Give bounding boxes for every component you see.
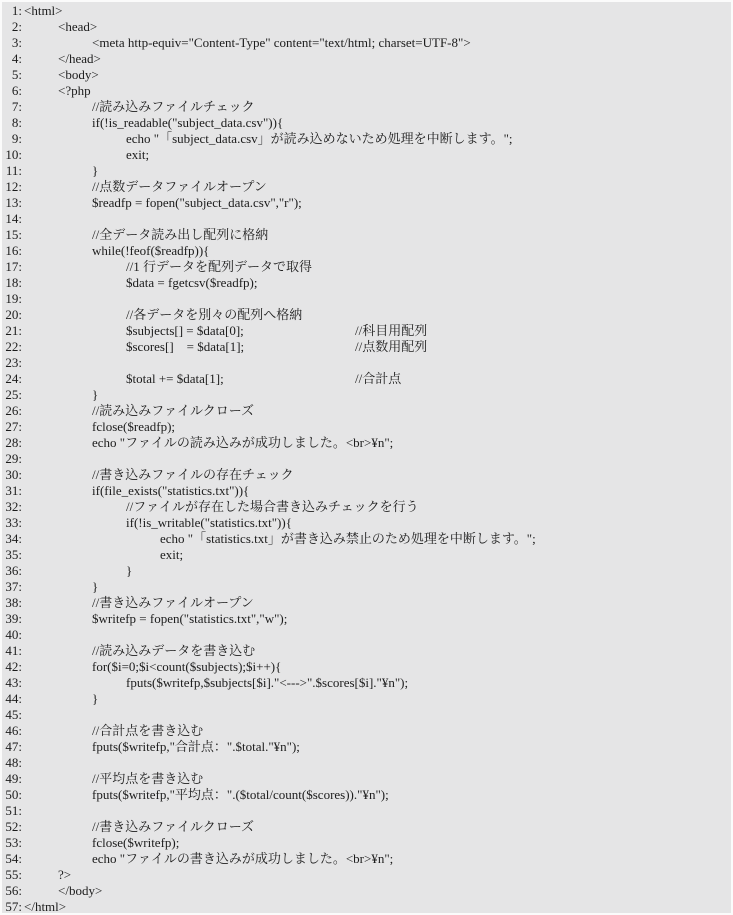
code-line: 2:<head>: [2, 19, 731, 35]
code-line: 28:echo "ファイルの読み込みが成功しました。<br>¥n";: [2, 435, 731, 451]
code-text: <?php: [22, 83, 91, 98]
line-number: 4:: [2, 51, 22, 67]
code-text: //読み込みデータを書き込む: [22, 643, 255, 658]
code-line: 48:: [2, 755, 731, 771]
code-line: 14:: [2, 211, 731, 227]
line-number: 27:: [2, 419, 22, 435]
code-text: //読み込みファイルクローズ: [22, 403, 254, 418]
line-number: 41:: [2, 643, 22, 659]
code-line: 53:fclose($writefp);: [2, 835, 731, 851]
code-text: ?>: [22, 867, 71, 882]
line-number: 32:: [2, 499, 22, 515]
code-line: 6:<?php: [2, 83, 731, 99]
line-number: 36:: [2, 563, 22, 579]
code-line: 25:}: [2, 387, 731, 403]
code-text: [22, 451, 24, 466]
code-text: //全データ読み出し配列に格納: [22, 227, 268, 242]
line-number: 55:: [2, 867, 22, 883]
code-line: 12://点数データファイルオープン: [2, 179, 731, 195]
code-text: fclose($writefp);: [22, 835, 179, 850]
code-line: 42:for($i=0;$i<count($subjects);$i++){: [2, 659, 731, 675]
line-number: 34:: [2, 531, 22, 547]
code-text: fputs($writefp,$subjects[$i]."<--->".$sc…: [22, 675, 408, 690]
line-number: 53:: [2, 835, 22, 851]
code-line: 57:</html>: [2, 899, 731, 915]
code-text: <html>: [22, 3, 63, 18]
inline-comment: //合計点: [355, 371, 401, 387]
line-number: 49:: [2, 771, 22, 787]
code-text: //ファイルが存在した場合書き込みチェックを行う: [22, 499, 419, 514]
code-text: if(!is_writable("statistics.txt")){: [22, 515, 292, 530]
line-number: 25:: [2, 387, 22, 403]
line-number: 48:: [2, 755, 22, 771]
code-line: 44:}: [2, 691, 731, 707]
code-line: 55:?>: [2, 867, 731, 883]
code-text: $writefp = fopen("statistics.txt","w");: [22, 611, 287, 626]
code-line: 29:: [2, 451, 731, 467]
code-text: //合計点を書き込む: [22, 723, 203, 738]
line-number: 56:: [2, 883, 22, 899]
code-text: fputs($writefp,"合計点：".$total."¥n");: [22, 739, 300, 754]
inline-comment: //科目用配列: [355, 323, 427, 339]
line-number: 35:: [2, 547, 22, 563]
code-line: 9:echo "「subject_data.csv」が読み込めないため処理を中断…: [2, 131, 731, 147]
line-number: 17:: [2, 259, 22, 275]
code-text: [22, 707, 24, 722]
code-line: 17://1 行データを配列データで取得: [2, 259, 731, 275]
code-line: 3:<meta http-equiv="Content-Type" conten…: [2, 35, 731, 51]
code-line: 46://合計点を書き込む: [2, 723, 731, 739]
code-text: [22, 211, 24, 226]
code-text: if(file_exists("statistics.txt")){: [22, 483, 249, 498]
code-text: }: [22, 579, 98, 594]
line-number: 19:: [2, 291, 22, 307]
code-listing: 1:<html>2:<head>3:<meta http-equiv="Cont…: [2, 3, 731, 915]
code-text: </head>: [22, 51, 101, 66]
code-line: 52://書き込みファイルクローズ: [2, 819, 731, 835]
code-text: //書き込みファイルオープン: [22, 595, 254, 610]
line-number: 42:: [2, 659, 22, 675]
code-text: //各データを別々の配列へ格納: [22, 307, 302, 322]
code-line: 31:if(file_exists("statistics.txt")){: [2, 483, 731, 499]
code-line: 20://各データを別々の配列へ格納: [2, 307, 731, 323]
line-number: 18:: [2, 275, 22, 291]
code-line: 22:$scores[] = $data[1];//点数用配列: [2, 339, 731, 355]
code-line: 26://読み込みファイルクローズ: [2, 403, 731, 419]
code-line: 47:fputs($writefp,"合計点：".$total."¥n");: [2, 739, 731, 755]
code-line: 13:$readfp = fopen("subject_data.csv","r…: [2, 195, 731, 211]
line-number: 50:: [2, 787, 22, 803]
code-line: 16:while(!feof($readfp)){: [2, 243, 731, 259]
code-line: 8:if(!is_readable("subject_data.csv")){: [2, 115, 731, 131]
line-number: 51:: [2, 803, 22, 819]
code-text: //点数データファイルオープン: [22, 179, 267, 194]
line-number: 2:: [2, 19, 22, 35]
code-text: echo "「statistics.txt」が書き込み禁止のため処理を中断します…: [22, 531, 536, 546]
code-line: 40:: [2, 627, 731, 643]
line-number: 38:: [2, 595, 22, 611]
code-line: 34:echo "「statistics.txt」が書き込み禁止のため処理を中断…: [2, 531, 731, 547]
line-number: 22:: [2, 339, 22, 355]
line-number: 23:: [2, 355, 22, 371]
line-number: 15:: [2, 227, 22, 243]
line-number: 13:: [2, 195, 22, 211]
code-text: if(!is_readable("subject_data.csv")){: [22, 115, 283, 130]
line-number: 37:: [2, 579, 22, 595]
code-line: 50:fputs($writefp,"平均点：".($total/count($…: [2, 787, 731, 803]
code-text: //書き込みファイルクローズ: [22, 819, 254, 834]
code-text: [22, 627, 24, 642]
code-line: 51:: [2, 803, 731, 819]
line-number: 44:: [2, 691, 22, 707]
code-text: while(!feof($readfp)){: [22, 243, 209, 258]
line-number: 43:: [2, 675, 22, 691]
code-line: 39:$writefp = fopen("statistics.txt","w"…: [2, 611, 731, 627]
code-text: $total += $data[1];: [22, 371, 224, 386]
line-number: 29:: [2, 451, 22, 467]
line-number: 11:: [2, 163, 22, 179]
code-line: 30://書き込みファイルの存在チェック: [2, 467, 731, 483]
code-line: 23:: [2, 355, 731, 371]
line-number: 14:: [2, 211, 22, 227]
code-line: 33:if(!is_writable("statistics.txt")){: [2, 515, 731, 531]
code-text: $scores[] = $data[1];: [22, 339, 244, 354]
code-text: exit;: [22, 147, 149, 162]
code-text: $data = fgetcsv($readfp);: [22, 275, 258, 290]
code-text: echo "「subject_data.csv」が読み込めないため処理を中断しま…: [22, 131, 513, 146]
line-number: 5:: [2, 67, 22, 83]
code-text: [22, 803, 24, 818]
line-number: 46:: [2, 723, 22, 739]
code-line: 5:<body>: [2, 67, 731, 83]
code-text: </body>: [22, 883, 102, 898]
code-line: 7://読み込みファイルチェック: [2, 99, 731, 115]
line-number: 31:: [2, 483, 22, 499]
code-line: 56:</body>: [2, 883, 731, 899]
code-text: //書き込みファイルの存在チェック: [22, 467, 294, 482]
code-text: <head>: [22, 19, 97, 34]
code-text: [22, 291, 24, 306]
line-number: 40:: [2, 627, 22, 643]
code-text: <meta http-equiv="Content-Type" content=…: [22, 35, 471, 50]
code-line: 36:}: [2, 563, 731, 579]
code-text: fclose($readfp);: [22, 419, 175, 434]
line-number: 47:: [2, 739, 22, 755]
code-line: 15://全データ読み出し配列に格納: [2, 227, 731, 243]
code-line: 4:</head>: [2, 51, 731, 67]
code-line: 37:}: [2, 579, 731, 595]
code-line: 27:fclose($readfp);: [2, 419, 731, 435]
code-line: 41://読み込みデータを書き込む: [2, 643, 731, 659]
code-text: $subjects[] = $data[0];: [22, 323, 244, 338]
code-text: for($i=0;$i<count($subjects);$i++){: [22, 659, 281, 674]
code-line: 45:: [2, 707, 731, 723]
line-number: 7:: [2, 99, 22, 115]
line-number: 30:: [2, 467, 22, 483]
line-number: 3:: [2, 35, 22, 51]
line-number: 33:: [2, 515, 22, 531]
code-line: 43:fputs($writefp,$subjects[$i]."<--->".…: [2, 675, 731, 691]
code-text: [22, 355, 24, 370]
code-text: //1 行データを配列データで取得: [22, 259, 312, 274]
line-number: 57:: [2, 899, 22, 915]
code-text: </html>: [22, 899, 66, 914]
line-number: 54:: [2, 851, 22, 867]
code-line: 24:$total += $data[1];//合計点: [2, 371, 731, 387]
code-text: echo "ファイルの読み込みが成功しました。<br>¥n";: [22, 435, 393, 450]
line-number: 24:: [2, 371, 22, 387]
code-text: }: [22, 563, 132, 578]
code-line: 10:exit;: [2, 147, 731, 163]
code-line: 1:<html>: [2, 3, 731, 19]
inline-comment: //点数用配列: [355, 339, 427, 355]
code-text: $readfp = fopen("subject_data.csv","r");: [22, 195, 302, 210]
code-text: <body>: [22, 67, 99, 82]
line-number: 52:: [2, 819, 22, 835]
code-text: [22, 755, 24, 770]
code-line: 54:echo "ファイルの書き込みが成功しました。<br>¥n";: [2, 851, 731, 867]
line-number: 9:: [2, 131, 22, 147]
code-line: 11:}: [2, 163, 731, 179]
code-line: 18:$data = fgetcsv($readfp);: [2, 275, 731, 291]
code-line: 38://書き込みファイルオープン: [2, 595, 731, 611]
code-line: 35:exit;: [2, 547, 731, 563]
code-text: }: [22, 163, 98, 178]
code-line: 49://平均点を書き込む: [2, 771, 731, 787]
line-number: 12:: [2, 179, 22, 195]
code-line: 19:: [2, 291, 731, 307]
line-number: 6:: [2, 83, 22, 99]
line-number: 45:: [2, 707, 22, 723]
line-number: 8:: [2, 115, 22, 131]
code-text: }: [22, 691, 98, 706]
code-listing-page: 1:<html>2:<head>3:<meta http-equiv="Cont…: [0, 0, 733, 915]
line-number: 28:: [2, 435, 22, 451]
line-number: 21:: [2, 323, 22, 339]
code-line: 21:$subjects[] = $data[0];//科目用配列: [2, 323, 731, 339]
code-text: fputs($writefp,"平均点：".($total/count($sco…: [22, 787, 389, 802]
code-text: exit;: [22, 547, 183, 562]
line-number: 26:: [2, 403, 22, 419]
line-number: 39:: [2, 611, 22, 627]
line-number: 1:: [2, 3, 22, 19]
line-number: 10:: [2, 147, 22, 163]
code-text: }: [22, 387, 98, 402]
code-text: //平均点を書き込む: [22, 771, 203, 786]
code-text: echo "ファイルの書き込みが成功しました。<br>¥n";: [22, 851, 393, 866]
line-number: 16:: [2, 243, 22, 259]
code-text: //読み込みファイルチェック: [22, 99, 255, 114]
line-number: 20:: [2, 307, 22, 323]
code-line: 32://ファイルが存在した場合書き込みチェックを行う: [2, 499, 731, 515]
